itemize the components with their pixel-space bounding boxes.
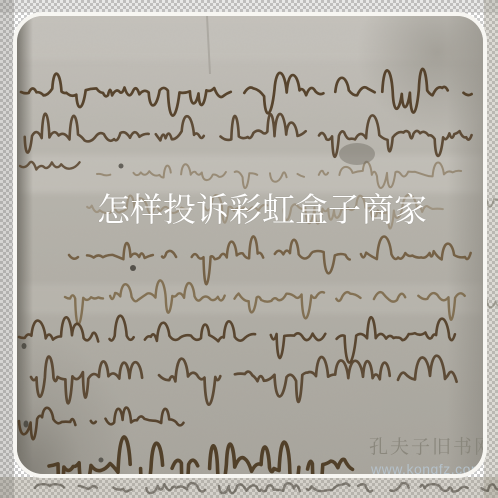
watermark-site-name: 孔夫子旧书网 [369, 435, 487, 459]
image-canvas: 怎样投诉彩虹盒子商家 孔夫子旧书网 www.kongfz.com [0, 0, 498, 498]
article-title: 怎样投诉彩虹盒子商家 [97, 190, 427, 230]
watermark: 孔夫子旧书网 www.kongfz.com [369, 435, 487, 477]
manuscript-photo: 怎样投诉彩虹盒子商家 孔夫子旧书网 www.kongfz.com [13, 12, 487, 478]
watermark-site-url: www.kongfz.com [371, 461, 487, 477]
manuscript-handwriting [17, 16, 483, 474]
